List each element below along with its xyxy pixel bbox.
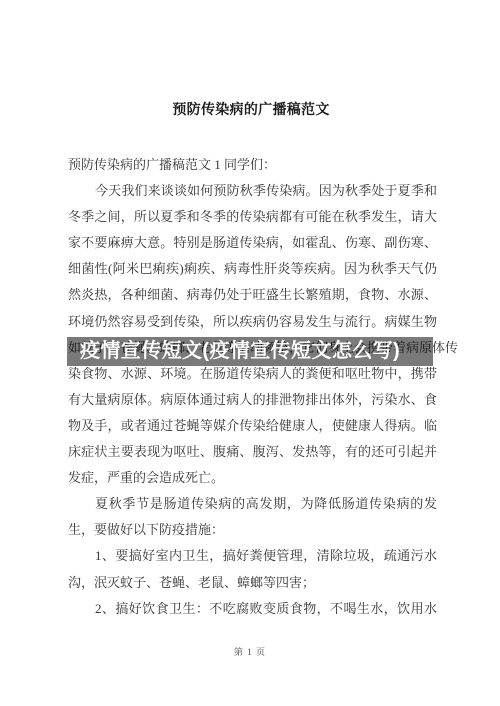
- document-line: 细菌性(阿米巴痢疾)痢疾、病毒性肝炎等疾病。因为秋季天气仍: [68, 256, 437, 282]
- document-line: 2、搞好饮食卫生：不吃腐败变质食物，不喝生水，饮用水: [68, 596, 437, 622]
- document-line: 然炎热，各种细菌、病毒仍处于旺盛生长繁殖期，食物、水源、: [68, 282, 437, 308]
- document-line: 床症状主要表现为呕吐、腹痛、腹泻、发热等，有的还可引起并: [68, 439, 437, 465]
- document-title: 预防传染病的广播稿范文: [66, 99, 436, 119]
- document-line: 沟，泯灭蚊子、苍蝇、老鼠、蟑螂等四害；: [68, 570, 437, 596]
- document-page: 预防传染病的广播稿范文 预防传染病的广播稿范文 1 同学们：今天我们来谈谈如何预…: [0, 0, 500, 706]
- document-line: 环境仍然容易受到传染，所以疾病仍容易发生与流行。病媒生物: [68, 309, 437, 335]
- document-line: 家不要麻痹大意。特别是肠道传染病，如霍乱、伤寒、副伤寒、: [68, 230, 437, 256]
- document-line: 今天我们来谈谈如何预防秋季传染病。因为秋季处于夏季和: [68, 178, 437, 204]
- document-line: 发症，严重的会造成死亡。: [68, 465, 437, 491]
- document-line: 夏秋季节是肠道传染病的高发期，为降低肠道传染病的发: [68, 491, 437, 517]
- watermark-banner-text: 疫情宣传短文(疫情宣传短文怎么写): [67, 337, 433, 366]
- document-body: 预防传染病的广播稿范文 1 同学们：今天我们来谈谈如何预防秋季传染病。因为秋季处…: [68, 152, 437, 622]
- watermark-banner: 疫情宣传短文(疫情宣传短文怎么写): [67, 337, 433, 366]
- document-line: 1、要搞好室内卫生，搞好粪便管理，清除垃圾，疏通污水: [68, 543, 437, 569]
- document-line: 生，要做好以下防疫措施：: [68, 517, 437, 543]
- document-line: 预防传染病的广播稿范文 1 同学们：: [68, 152, 437, 178]
- page-number-label: 第 1 页: [0, 645, 500, 658]
- document-line: 冬季之间，所以夏季和冬季的传染病都有可能在秋季发生，请大: [68, 204, 437, 230]
- document-line: 有大量病原体。病原体通过病人的排泄物排出体外，污染水、食: [68, 387, 437, 413]
- document-line: 物及手，或者通过苍蝇等媒介传染给健康人，使健康人得病。临: [68, 413, 437, 439]
